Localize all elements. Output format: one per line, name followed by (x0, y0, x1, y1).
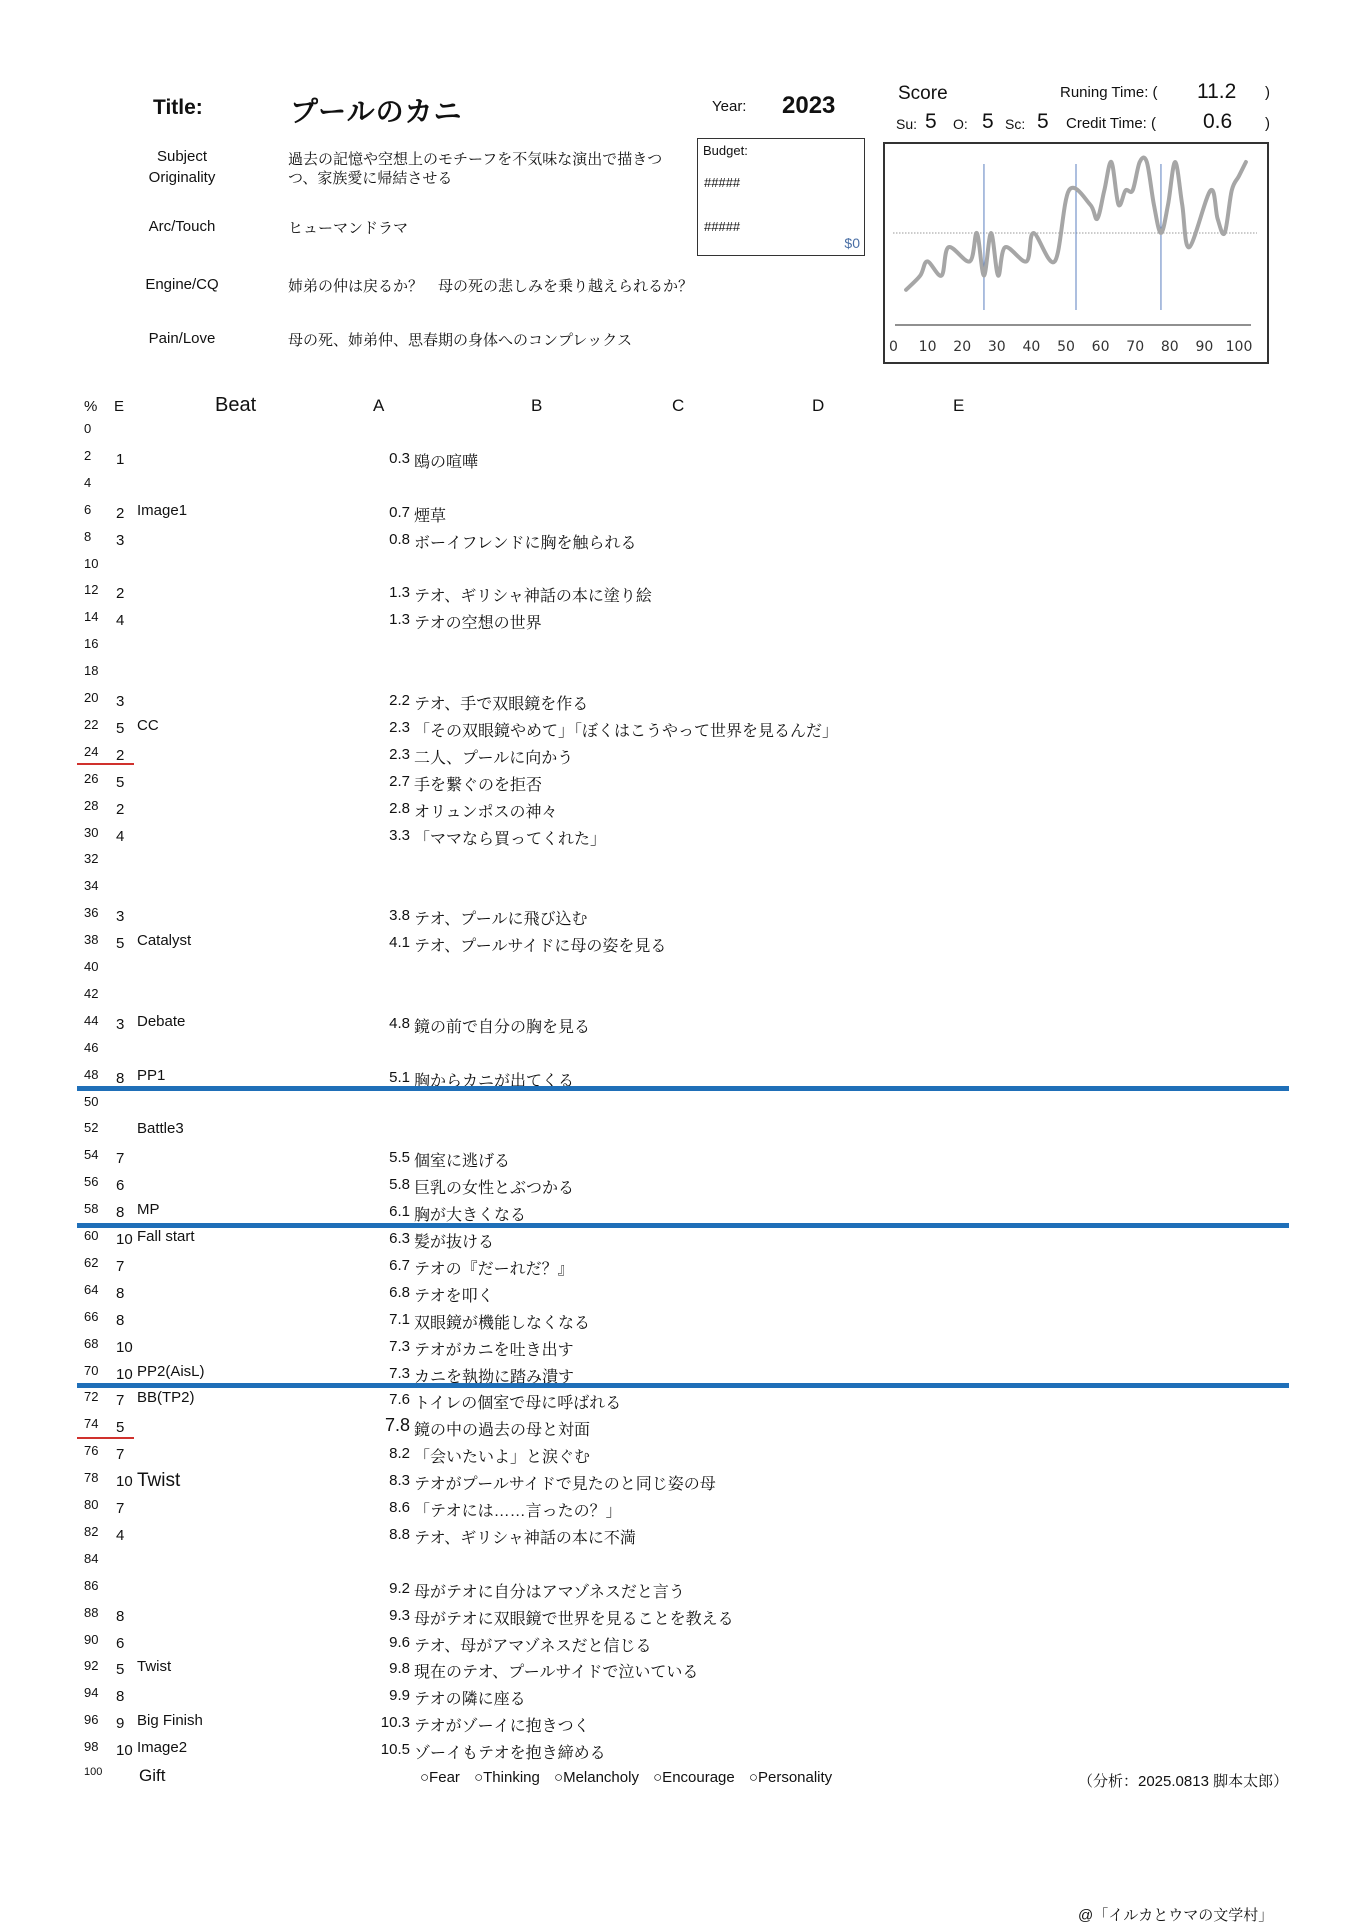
sc-label: Sc: (1005, 116, 1025, 132)
table-row: 9069.6テオ、母がアマゾネスだと信じる (0, 1630, 1363, 1656)
table-row: 0 (0, 419, 1363, 445)
row-emotion: 7 (116, 1500, 124, 1517)
row-pct: 48 (84, 1067, 98, 1082)
row-time: 6.8 (330, 1284, 410, 1301)
pain-love-label: Pain/Love (112, 330, 252, 347)
col-header-b: B (531, 396, 542, 416)
row-pct: 34 (84, 878, 98, 893)
table-row: 50 (0, 1092, 1363, 1118)
row-time: 2.3 (330, 746, 410, 763)
arc-touch-label: Arc/Touch (112, 218, 252, 235)
table-row: 3043.3「ママなら買ってくれた」 (0, 823, 1363, 849)
o-value: 5 (982, 110, 994, 134)
x-tick-label: 100 (1226, 339, 1253, 355)
row-emotion: 7 (116, 1150, 124, 1167)
row-beat: PP1 (137, 1067, 165, 1084)
row-time: 9.9 (330, 1687, 410, 1704)
row-time: 6.1 (330, 1203, 410, 1220)
row-pct: 56 (84, 1174, 98, 1189)
table-row: 1221.3テオ、ギリシャ神話の本に塗り絵 (0, 580, 1363, 606)
row-time: 1.3 (330, 611, 410, 628)
row-description: テオの隣に座る (414, 1686, 526, 1709)
row-time: 8.6 (330, 1499, 410, 1516)
row-description: 「会いたいよ」と涙ぐむ (414, 1444, 590, 1467)
row-description: テオ、プールサイドに母の姿を見る (414, 933, 666, 956)
table-row: 46 (0, 1038, 1363, 1064)
row-description: 胸が大きくなる (414, 1202, 526, 1225)
row-time: 5.1 (330, 1069, 410, 1086)
table-row: 4 (0, 473, 1363, 499)
row-description: 鏡の前で自分の胸を見る (414, 1014, 590, 1037)
row-emotion: 3 (116, 693, 124, 710)
sc-value: 5 (1037, 110, 1049, 134)
row-beat: Twist (137, 1658, 171, 1675)
row-pct: 24 (84, 744, 98, 759)
row-beat: Fall start (137, 1228, 195, 1245)
table-row: 18 (0, 661, 1363, 687)
row-pct: 64 (84, 1282, 98, 1297)
row-pct: 16 (84, 636, 98, 651)
engine-cq-label: Engine/CQ (112, 276, 252, 293)
table-row: 8078.6「テオには……言ったの？」 (0, 1495, 1363, 1521)
table-row: 1441.3テオの空想の世界 (0, 607, 1363, 633)
row-description: 巨乳の女性とぶつかる (414, 1175, 574, 1198)
act-separator-pp1 (77, 1086, 1289, 1091)
row-pct: 36 (84, 905, 98, 920)
row-pct: 96 (84, 1712, 98, 1727)
arc-touch-value: ヒューマンドラマ (288, 217, 408, 238)
row-beat: Gift (139, 1766, 165, 1786)
row-pct: 38 (84, 932, 98, 947)
x-tick-label: 70 (1126, 339, 1144, 355)
row-description: テオ、ギリシャ神話の本に塗り絵 (414, 583, 652, 606)
row-description: テオ、ギリシャ神話の本に不満 (414, 1525, 636, 1548)
su-label: Su: (896, 116, 917, 132)
row-time: 10.5 (330, 1741, 410, 1758)
budget-amount: $0 (844, 235, 860, 251)
table-row: 7810Twist8.3テオがプールサイドで見たのと同じ姿の母 (0, 1468, 1363, 1494)
row-pct: 0 (84, 421, 91, 436)
row-description: 個室に逃げる (414, 1148, 510, 1171)
su-value: 5 (925, 110, 937, 134)
row-pct: 94 (84, 1685, 98, 1700)
row-pct: 28 (84, 798, 98, 813)
row-emotion: 4 (116, 612, 124, 629)
row-description: テオがプールサイドで見たのと同じ姿の母 (414, 1471, 716, 1494)
row-description: ボーイフレンドに胸を触られる (414, 530, 636, 553)
row-description: 手を繋ぐのを拒否 (414, 772, 542, 795)
row-description: テオ、母がアマゾネスだと信じる (414, 1633, 651, 1656)
row-pct: 4 (84, 475, 91, 490)
gift-option-personality[interactable]: ○Personality (749, 1769, 832, 1786)
table-row: 210.3鴎の喧嘩 (0, 446, 1363, 472)
row-time: 0.8 (330, 531, 410, 548)
row-pct: 32 (84, 851, 98, 866)
row-beat: Big Finish (137, 1712, 203, 1729)
table-row: 16 (0, 634, 1363, 660)
row-beat: Catalyst (137, 932, 191, 949)
table-row: 52Battle3 (0, 1118, 1363, 1144)
row-time: 0.7 (330, 504, 410, 521)
x-tick-label: 80 (1161, 339, 1179, 355)
row-time: 7.6 (330, 1391, 410, 1408)
pain-love-value: 母の死、姉弟仲、思春期の身体へのコンプレックス (288, 329, 632, 350)
table-row: 6687.1双眼鏡が機能しなくなる (0, 1307, 1363, 1333)
row-pct: 40 (84, 959, 98, 974)
table-row: 84 (0, 1549, 1363, 1575)
table-row: 969Big Finish10.3テオがゾーイに抱きつく (0, 1710, 1363, 1736)
row-description: 二人、プールに向かう (414, 745, 573, 768)
table-row: 2652.7手を繋ぐのを拒否 (0, 769, 1363, 795)
row-emotion: 5 (116, 774, 124, 791)
table-row: 925Twist9.8現在のテオ、プールサイドで泣いている (0, 1656, 1363, 1682)
row-time: 3.8 (330, 907, 410, 924)
red-marker-74 (77, 1437, 134, 1439)
row-emotion: 7 (116, 1446, 124, 1463)
row-time: 7.1 (330, 1311, 410, 1328)
row-description: 母がテオに双眼鏡で世界を見ることを教える (414, 1606, 734, 1629)
row-description: オリュンポスの神々 (414, 799, 558, 822)
table-row: 7678.2「会いたいよ」と涙ぐむ (0, 1441, 1363, 1467)
budget-value-2: ##### (704, 219, 740, 234)
table-row: 3633.8テオ、プールに飛び込む (0, 903, 1363, 929)
x-tick-label: 90 (1195, 339, 1213, 355)
row-pct: 92 (84, 1658, 98, 1673)
row-emotion: 10 (116, 1742, 133, 1759)
running-time-close: ) (1265, 84, 1270, 101)
row-description: 煙草 (414, 503, 446, 526)
row-pct: 66 (84, 1309, 98, 1324)
row-description: テオの『だーれだ？』 (414, 1256, 574, 1279)
row-time: 3.3 (330, 827, 410, 844)
table-row: 727BB(TP2)7.6トイレの個室で母に呼ばれる (0, 1387, 1363, 1413)
row-pct: 14 (84, 609, 98, 624)
row-emotion: 2 (116, 801, 124, 818)
row-time: 10.3 (330, 1714, 410, 1731)
row-emotion: 8 (116, 1688, 124, 1705)
subject-label: Subject (112, 148, 252, 165)
row-time: 6.7 (330, 1257, 410, 1274)
row-time: 9.3 (330, 1607, 410, 1624)
row-emotion: 8 (116, 1312, 124, 1329)
table-row: 8889.3母がテオに双眼鏡で世界を見ることを教える (0, 1603, 1363, 1629)
col-header-a: A (373, 396, 384, 416)
row-description: トイレの個室で母に呼ばれる (414, 1390, 621, 1413)
row-description: 髪が抜ける (414, 1229, 494, 1252)
page-title: プールのカニ (290, 90, 463, 130)
budget-label: Budget: (703, 143, 748, 158)
row-description: 母がテオに自分はアマゾネスだと言う (414, 1579, 685, 1602)
row-emotion: 5 (116, 720, 124, 737)
table-row: 588MP6.1胸が大きくなる (0, 1199, 1363, 1225)
table-row: 6486.8テオを叩く (0, 1280, 1363, 1306)
row-time: 8.3 (330, 1472, 410, 1489)
row-pct: 6 (84, 502, 91, 517)
x-tick-label: 0 (889, 339, 898, 355)
row-time: 7.8 (330, 1415, 410, 1436)
row-pct: 12 (84, 582, 98, 597)
row-beat: MP (137, 1201, 160, 1218)
table-row: 443Debate4.8鏡の前で自分の胸を見る (0, 1011, 1363, 1037)
table-row: 10 (0, 554, 1363, 580)
table-row: 6010Fall start6.3髪が抜ける (0, 1226, 1363, 1252)
row-time: 1.3 (330, 584, 410, 601)
row-time: 7.3 (330, 1365, 410, 1382)
x-tick-label: 20 (953, 339, 971, 355)
originality-label: Originality (112, 169, 252, 186)
site-credit: @「イルカとウマの文学村」 (1078, 1904, 1273, 1925)
row-emotion: 10 (116, 1473, 133, 1490)
row-description: 鴎の喧嘩 (414, 449, 478, 472)
row-beat: Image2 (137, 1739, 187, 1756)
analysis-note: （分析：2025.0813 脚本太郎） (1078, 1770, 1288, 1791)
row-emotion: 8 (116, 1204, 124, 1221)
row-pct: 86 (84, 1578, 98, 1593)
row-time: 5.5 (330, 1149, 410, 1166)
row-emotion: 8 (116, 1608, 124, 1625)
row-description: 現在のテオ、プールサイドで泣いている (414, 1659, 698, 1682)
act-separator-mp (77, 1223, 1289, 1228)
col-header-c: C (672, 396, 684, 416)
row-pct: 54 (84, 1147, 98, 1162)
score-label: Score (898, 83, 948, 105)
row-time: 2.3 (330, 719, 410, 736)
row-emotion: 7 (116, 1258, 124, 1275)
year-value: 2023 (782, 92, 835, 120)
row-time: 4.1 (330, 934, 410, 951)
row-pct: 74 (84, 1416, 98, 1431)
row-time: 7.3 (330, 1338, 410, 1355)
row-pct: 70 (84, 1363, 98, 1378)
row-pct: 82 (84, 1524, 98, 1539)
row-emotion: 3 (116, 532, 124, 549)
table-row: 9489.9テオの隣に座る (0, 1683, 1363, 1709)
row-description: テオを叩く (414, 1283, 494, 1306)
credit-time-value: 0.6 (1203, 110, 1232, 134)
row-emotion: 7 (116, 1392, 124, 1409)
credit-time-close: ) (1265, 115, 1270, 132)
gift-options: ○Fear ○Thinking ○Melancholy ○Encourage ○… (420, 1769, 842, 1786)
row-time: 4.8 (330, 1015, 410, 1032)
col-header-beat: Beat (215, 394, 256, 417)
col-header-e2: E (953, 396, 964, 416)
row-pct: 18 (84, 663, 98, 678)
row-emotion: 10 (116, 1366, 133, 1383)
row-beat: BB(TP2) (137, 1389, 195, 1406)
row-emotion: 4 (116, 828, 124, 845)
x-tick-label: 60 (1092, 339, 1110, 355)
row-description: テオ、プールに飛び込む (414, 906, 587, 929)
budget-box: Budget: ##### ##### $0 (697, 138, 865, 256)
row-description: テオがゾーイに抱きつく (414, 1713, 590, 1736)
row-pct: 100 (84, 1766, 102, 1778)
row-emotion: 10 (116, 1339, 133, 1356)
row-description: 「その双眼鏡やめて」「ぼくはこうやって世界を見るんだ」 (414, 718, 838, 741)
gift-option-melancholy[interactable]: ○Melancholy (554, 1769, 639, 1786)
table-row: 9810Image210.5ゾーイもテオを抱き締める (0, 1737, 1363, 1763)
row-time: 0.3 (330, 450, 410, 467)
row-pct: 50 (84, 1094, 98, 1109)
row-time: 5.8 (330, 1176, 410, 1193)
row-pct: 2 (84, 448, 91, 463)
table-row: 40 (0, 957, 1363, 983)
act-separator-pp2 (77, 1383, 1289, 1388)
row-pct: 80 (84, 1497, 98, 1512)
row-emotion: 3 (116, 908, 124, 925)
row-emotion: 2 (116, 747, 124, 764)
x-tick-label: 30 (988, 339, 1006, 355)
row-description: ゾーイもテオを抱き締める (414, 1740, 606, 1763)
subject-originality-value-line2: つ、家族愛に帰結させる (288, 167, 452, 188)
row-emotion: 2 (116, 585, 124, 602)
row-pct: 72 (84, 1389, 98, 1404)
table-row: 42 (0, 984, 1363, 1010)
row-time: 2.2 (330, 692, 410, 709)
x-tick-label: 40 (1022, 339, 1040, 355)
gift-option-fear[interactable]: ○Fear (420, 1769, 460, 1786)
table-row: 2422.3二人、プールに向かう (0, 742, 1363, 768)
emotion-line-chart: 0102030405060708090100 (885, 144, 1267, 362)
row-pct: 62 (84, 1255, 98, 1270)
o-label: O: (953, 116, 968, 132)
row-pct: 88 (84, 1605, 98, 1620)
row-pct: 10 (84, 556, 98, 571)
x-tick-label: 10 (919, 339, 937, 355)
row-pct: 26 (84, 771, 98, 786)
row-emotion: 6 (116, 1635, 124, 1652)
running-time-label: Runing Time: ( (1060, 84, 1158, 101)
row-pct: 20 (84, 690, 98, 705)
row-pct: 52 (84, 1120, 98, 1135)
row-beat: Twist (137, 1470, 180, 1492)
row-emotion: 5 (116, 935, 124, 952)
row-description: 双眼鏡が機能しなくなる (414, 1310, 590, 1333)
row-pct: 42 (84, 986, 98, 1001)
table-row: 830.8ボーイフレンドに胸を触られる (0, 527, 1363, 553)
emotion-chart: 0102030405060708090100 (883, 142, 1269, 364)
row-pct: 44 (84, 1013, 98, 1028)
row-time: 9.2 (330, 1580, 410, 1597)
row-pct: 78 (84, 1470, 98, 1485)
table-row: 2032.2テオ、手で双眼鏡を作る (0, 688, 1363, 714)
row-time: 9.8 (330, 1660, 410, 1677)
row-emotion: 8 (116, 1285, 124, 1302)
row-emotion: 4 (116, 1527, 124, 1544)
row-pct: 76 (84, 1443, 98, 1458)
subject-originality-value-line1: 過去の記憶や空想上のモチーフを不気味な演出で描きつ (288, 148, 662, 169)
row-description: 「テオには……言ったの？」 (414, 1498, 622, 1521)
budget-value-1: ##### (704, 175, 740, 190)
row-time: 9.6 (330, 1634, 410, 1651)
x-tick-label: 50 (1057, 339, 1075, 355)
row-pct: 84 (84, 1551, 98, 1566)
row-time: 2.8 (330, 800, 410, 817)
row-emotion: 5 (116, 1419, 124, 1436)
engine-cq-value: 姉弟の仲は戻るか？ 母の死の悲しみを乗り越えられるか？ (288, 275, 693, 296)
row-time: 2.7 (330, 773, 410, 790)
table-row: 34 (0, 876, 1363, 902)
table-row: 225CC2.3「その双眼鏡やめて」「ぼくはこうやって世界を見るんだ」 (0, 715, 1363, 741)
red-marker-24 (77, 763, 134, 765)
row-beat: Battle3 (137, 1120, 184, 1137)
row-pct: 60 (84, 1228, 98, 1243)
row-emotion: 5 (116, 1661, 124, 1678)
row-pct: 22 (84, 717, 98, 732)
row-emotion: 6 (116, 1177, 124, 1194)
year-label: Year: (712, 98, 746, 115)
table-row: 32 (0, 849, 1363, 875)
row-pct: 90 (84, 1632, 98, 1647)
col-header-pct: % (84, 398, 97, 415)
row-pct: 46 (84, 1040, 98, 1055)
table-row: 8248.8テオ、ギリシャ神話の本に不満 (0, 1522, 1363, 1548)
row-pct: 30 (84, 825, 98, 840)
gift-option-encourage[interactable]: ○Encourage (653, 1769, 735, 1786)
row-beat: CC (137, 717, 159, 734)
col-header-e: E (114, 398, 124, 415)
row-description: 鏡の中の過去の母と対面 (414, 1417, 590, 1440)
table-row: 2822.8オリュンポスの神々 (0, 796, 1363, 822)
row-pct: 8 (84, 529, 91, 544)
row-emotion: 9 (116, 1715, 124, 1732)
row-beat: Debate (137, 1013, 185, 1030)
row-emotion: 1 (116, 451, 124, 468)
table-row: 5665.8巨乳の女性とぶつかる (0, 1172, 1363, 1198)
row-emotion: 3 (116, 1016, 124, 1033)
row-pct: 68 (84, 1336, 98, 1351)
table-row: 5475.5個室に逃げる (0, 1145, 1363, 1171)
running-time-value: 11.2 (1197, 80, 1236, 104)
credit-time-label: Credit Time: ( (1066, 115, 1156, 132)
table-row: 62Image10.7煙草 (0, 500, 1363, 526)
table-row: 7457.8鏡の中の過去の母と対面 (0, 1414, 1363, 1440)
row-description: テオがカニを吐き出す (414, 1337, 574, 1360)
row-description: テオ、手で双眼鏡を作る (414, 691, 588, 714)
table-row: 6276.7テオの『だーれだ？』 (0, 1253, 1363, 1279)
row-beat: Image1 (137, 502, 187, 519)
row-emotion: 8 (116, 1070, 124, 1087)
table-row: 869.2母がテオに自分はアマゾネスだと言う (0, 1576, 1363, 1602)
row-pct: 98 (84, 1739, 98, 1754)
gift-option-thinking[interactable]: ○Thinking (474, 1769, 540, 1786)
row-emotion: 2 (116, 505, 124, 522)
table-row: 68107.3テオがカニを吐き出す (0, 1334, 1363, 1360)
row-time: 6.3 (330, 1230, 410, 1247)
title-label: Title: (153, 96, 203, 120)
row-emotion: 10 (116, 1231, 133, 1248)
row-time: 8.2 (330, 1445, 410, 1462)
row-time: 8.8 (330, 1526, 410, 1543)
col-header-d: D (812, 396, 824, 416)
row-description: テオの空想の世界 (414, 610, 542, 633)
row-description: 「ママなら買ってくれた」 (414, 826, 606, 849)
table-row: 385Catalyst4.1テオ、プールサイドに母の姿を見る (0, 930, 1363, 956)
row-pct: 58 (84, 1201, 98, 1216)
row-beat: PP2(AisL) (137, 1363, 205, 1380)
